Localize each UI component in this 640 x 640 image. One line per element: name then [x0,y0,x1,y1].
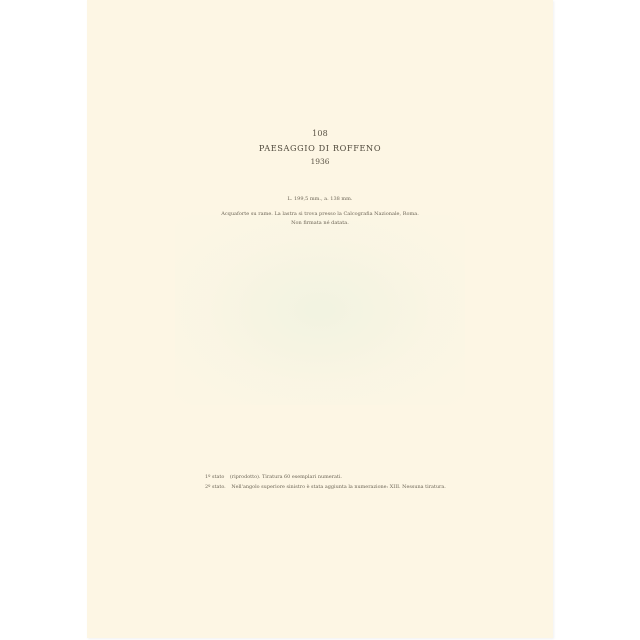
print-year: 1936 [87,157,553,166]
print-description: Acquaforte su rame. La lastra si trova p… [87,210,553,228]
plate-number: 108 [87,129,553,138]
print-title: PAESAGGIO DI ROFFENO [87,143,553,153]
state-label: 2º stato. [205,482,226,492]
state-text: Nell'angolo superiore sinistro è stata a… [231,482,446,492]
state-text: (riprodotto). Tiratura 60 esemplari nume… [230,472,342,482]
state-note: 1º stato (riprodotto). Tiratura 60 esemp… [205,472,446,482]
description-line: Non firmata né datata. [87,219,553,228]
state-note: 2º stato. Nell'angolo superiore sinistro… [205,482,446,492]
catalogue-page [87,0,553,638]
description-line: Acquaforte su rame. La lastra si trova p… [87,210,553,219]
print-dimensions: L. 199,5 mm., a. 138 mm. [87,196,553,202]
state-label: 1º stato [205,472,224,482]
states-notes: 1º stato (riprodotto). Tiratura 60 esemp… [205,472,446,492]
